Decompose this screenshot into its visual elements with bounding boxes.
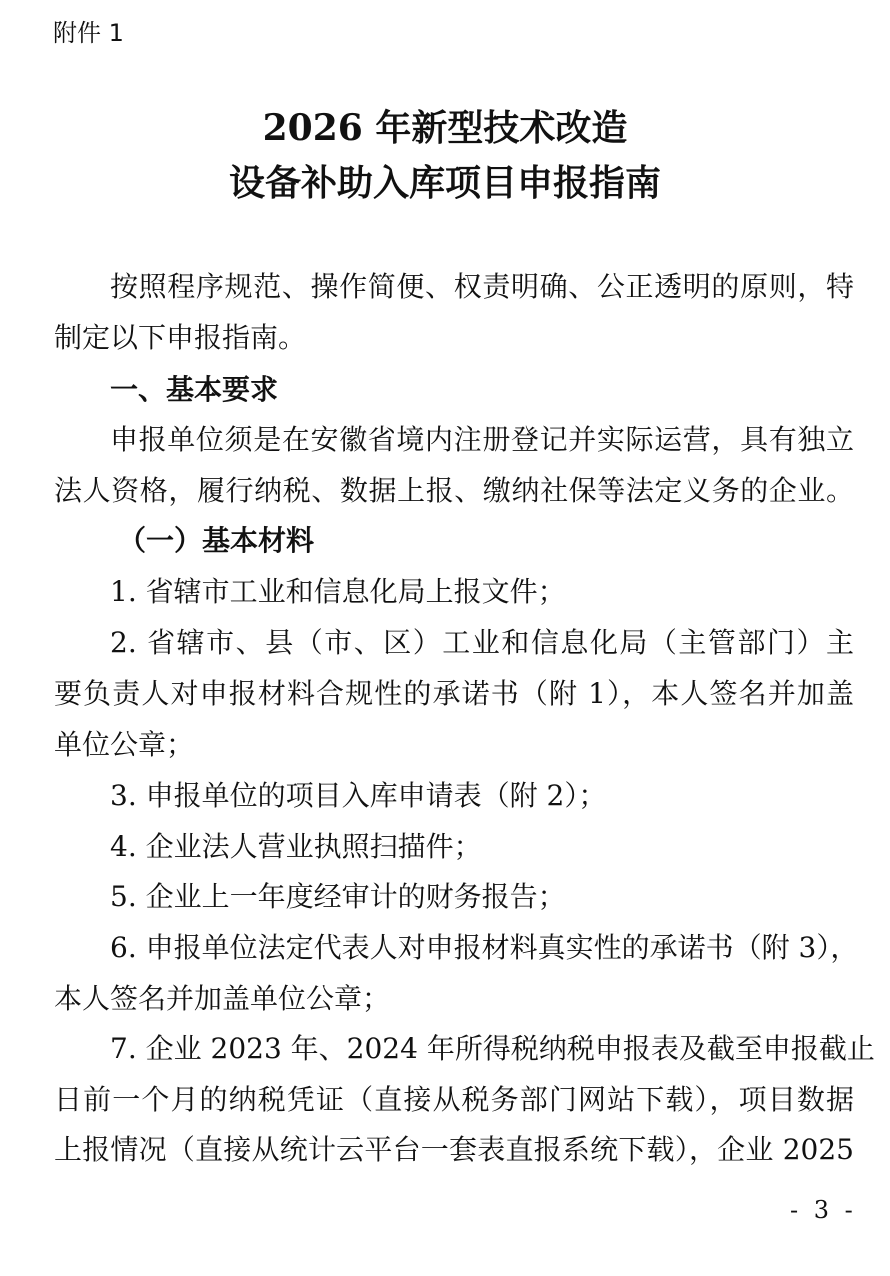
list-item-7-line-2: 日前一个月的纳税凭证（直接从税务部门网站下载），项目数据 bbox=[54, 1082, 854, 1118]
list-item-2-line-2: 要负责人对申报材料合规性的承诺书（附 1），本人签名并加盖 bbox=[54, 676, 854, 712]
list-item-6-line-2: 本人签名并加盖单位公章； bbox=[54, 981, 854, 1017]
intro-paragraph-line-1: 按照程序规范、操作简便、权责明确、公正透明的原则，特 bbox=[110, 269, 854, 305]
list-item-7-line-1: 7. 企业 2023 年、2024 年所得税纳税申报表及截至申报截止 bbox=[110, 1031, 854, 1067]
list-item-5: 5. 企业上一年度经审计的财务报告； bbox=[110, 879, 854, 915]
list-item-2-line-3: 单位公章； bbox=[54, 727, 854, 763]
attachment-label: 附件 1 bbox=[53, 15, 124, 51]
list-item-6-line-1: 6. 申报单位法定代表人对申报材料真实性的承诺书（附 3）， bbox=[110, 930, 854, 966]
list-item-4: 4. 企业法人营业执照扫描件； bbox=[110, 829, 854, 865]
document-title-line-1: 2026 年新型技术改造 bbox=[0, 105, 890, 151]
list-item-7-line-3: 上报情况（直接从统计云平台一套表直报系统下载），企业 2025 bbox=[54, 1132, 854, 1168]
subsection-heading-basic-materials: （一）基本材料 bbox=[118, 523, 314, 559]
list-item-3: 3. 申报单位的项目入库申请表（附 2）； bbox=[110, 778, 854, 814]
section-paragraph-line-2: 法人资格，履行纳税、数据上报、缴纳社保等法定义务的企业。 bbox=[54, 473, 854, 509]
intro-paragraph-line-2: 制定以下申报指南。 bbox=[54, 320, 854, 356]
list-item-2-line-1: 2. 省辖市、县（市、区）工业和信息化局（主管部门）主 bbox=[110, 625, 854, 661]
page-number: - 3 - bbox=[790, 1192, 857, 1228]
section-heading-basic-requirements: 一、基本要求 bbox=[110, 372, 854, 408]
document-title-line-2: 设备补助入库项目申报指南 bbox=[0, 160, 890, 206]
list-item-1: 1. 省辖市工业和信息化局上报文件； bbox=[110, 574, 854, 610]
section-paragraph-line-1: 申报单位须是在安徽省境内注册登记并实际运营，具有独立 bbox=[110, 422, 854, 458]
